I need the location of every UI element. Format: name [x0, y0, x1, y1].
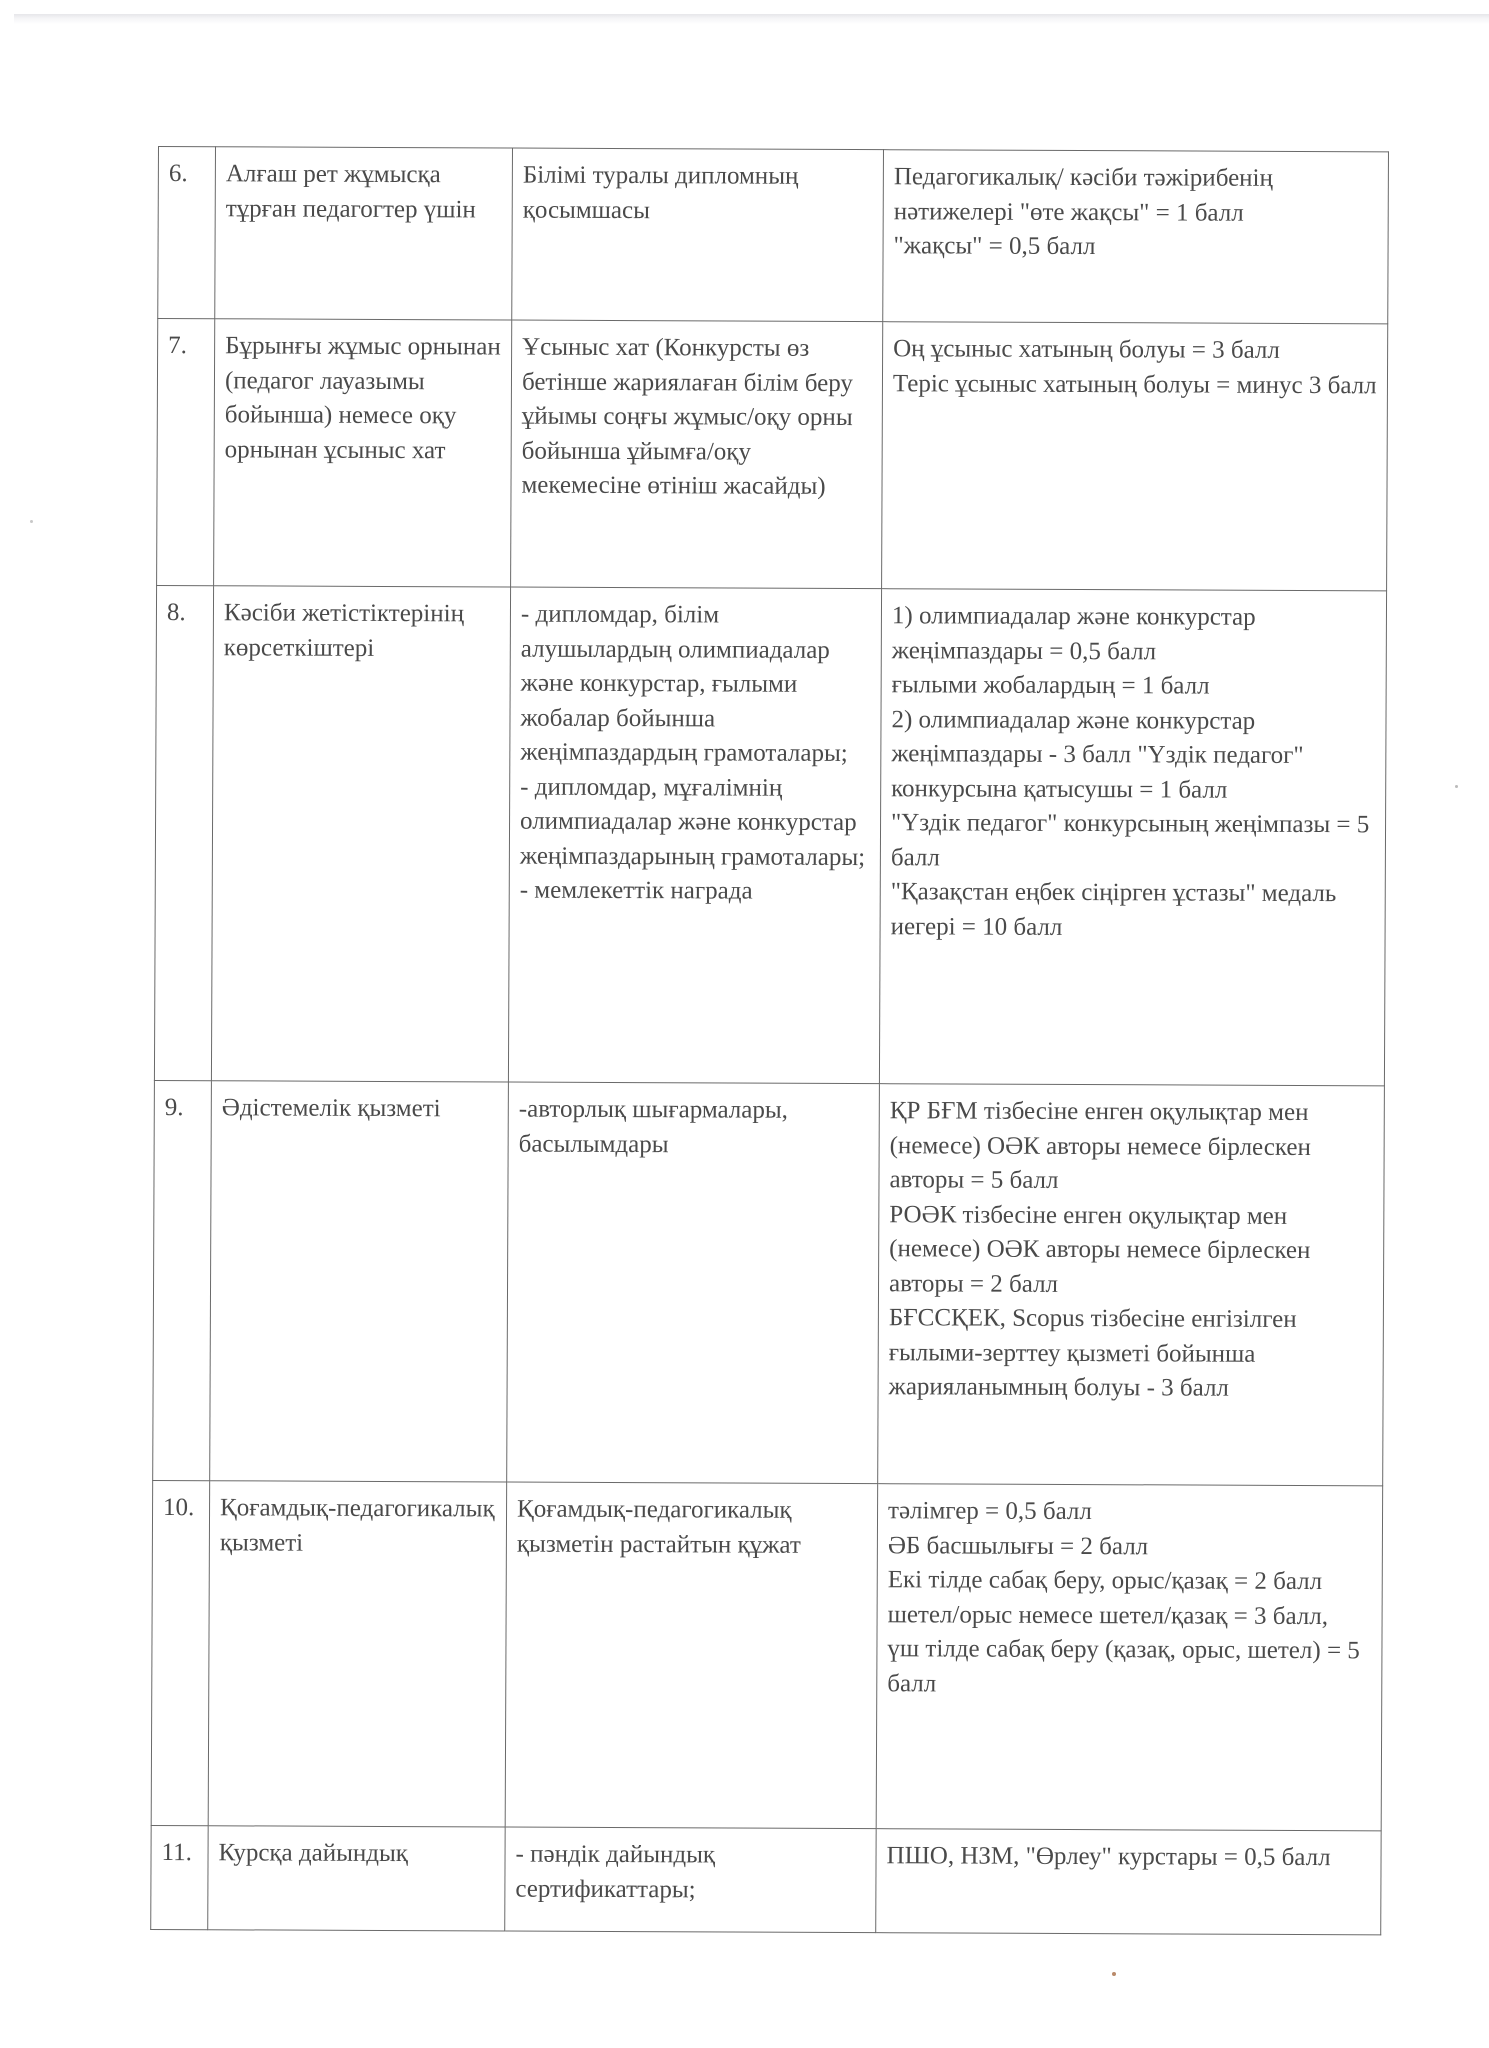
document-cell: - пәндік дайындық сертификаттары;: [505, 1827, 876, 1933]
score-cell: Оң ұсыныс хатының болуы = 3 балл Теріс ұ…: [882, 322, 1388, 591]
score-cell: 1) олимпиадалар және конкурстар жеңімпаз…: [879, 589, 1386, 1086]
score-cell: ҚР БҒМ тізбесіне енген оқулықтар мен (не…: [878, 1084, 1385, 1486]
row-number: 9.: [153, 1080, 212, 1480]
scan-top-edge: [14, 14, 1489, 24]
row-number: 11.: [151, 1825, 208, 1929]
row-number: 8.: [154, 585, 213, 1080]
table-row: 11. Курсқа дайындық - пәндік дайындық се…: [151, 1825, 1381, 1934]
criterion-cell: Курсқа дайындық: [208, 1826, 505, 1931]
criterion-cell: Кәсіби жетістіктерінің көрсеткіштері: [211, 586, 510, 1082]
document-cell: Қоғамдық-педагогикалық қызметін растайты…: [505, 1482, 878, 1829]
criterion-cell: Қоғамдық-педагогикалық қызметі: [208, 1481, 507, 1827]
scan-speck: [1112, 1972, 1116, 1976]
table-row: 7. Бұрынғы жұмыс орнынан (педагог лауазы…: [157, 319, 1388, 591]
score-cell: ПШО, НЗМ, "Өрлеу" курстары = 0,5 балл: [876, 1829, 1381, 1935]
row-number: 6.: [158, 147, 216, 319]
table-row: 10. Қоғамдық-педагогикалық қызметі Қоғам…: [151, 1480, 1382, 1830]
table-row: 9. Әдістемелік қызметі -авторлық шығарма…: [153, 1080, 1385, 1485]
criterion-cell: Алғаш рет жұмысқа тұрған педагогтер үшін: [215, 147, 513, 320]
table-row: 6. Алғаш рет жұмысқа тұрған педагогтер ү…: [158, 147, 1389, 324]
document-cell: Білімі туралы дипломның қосымшасы: [512, 148, 884, 322]
document-cell: Ұсыныс хат (Конкурсты өз бетінше жарияла…: [511, 320, 883, 589]
scan-speck: [1455, 785, 1458, 788]
document-cell: - дипломдар, білім алушылардың олимпиада…: [508, 587, 881, 1084]
document-cell: -авторлық шығармалары, басылымдары: [507, 1082, 880, 1484]
criterion-cell: Бұрынғы жұмыс орнынан (педагог лауазымы …: [214, 319, 512, 587]
row-number: 7.: [157, 319, 215, 586]
score-cell: Педагогикалық/ кәсіби тәжірибенің нәтиже…: [883, 150, 1389, 324]
scan-speck: [30, 520, 33, 523]
criterion-cell: Әдістемелік қызметі: [210, 1081, 509, 1482]
row-number: 10.: [151, 1480, 210, 1825]
criteria-table: 6. Алғаш рет жұмысқа тұрған педагогтер ү…: [150, 146, 1389, 1935]
score-cell: тәлімгер = 0,5 балл ӘБ басшылығы = 2 бал…: [876, 1484, 1383, 1831]
table-row: 8. Кәсіби жетістіктерінің көрсеткіштері …: [154, 585, 1386, 1085]
